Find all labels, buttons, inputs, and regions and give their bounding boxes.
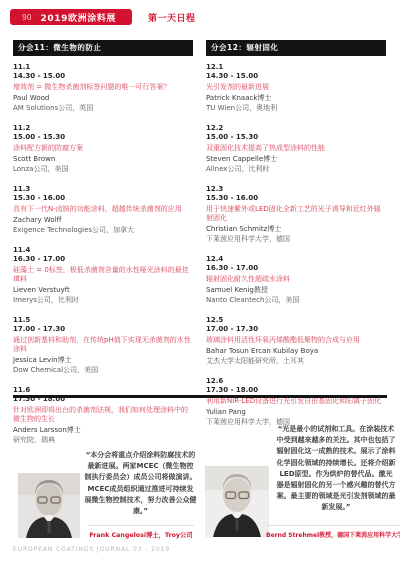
talk-entry: 11.315.30 - 16.00具有下一代N-卤胺的功能涂料，超越传统杀菌剂的… [13, 185, 193, 235]
talk-title: 辐射固化耐久性超疏水涂料 [206, 275, 386, 284]
talk-time: 17.30 - 18.00 [206, 386, 386, 395]
talk-affiliation: Exigence Technologies公司，加拿大 [13, 226, 193, 236]
talk-title: 玻璃涂料用活性环氧丙烯酸酯低聚物的合成与应用 [206, 336, 386, 345]
talk-number: 11.4 [13, 246, 193, 255]
talk-speaker: Bahar Tosun Ercan Kubilay Boya [206, 347, 386, 357]
talk-entry: 12.215.00 - 15.30双重固化技术提高了热成型涂料的性能Steven… [206, 124, 386, 174]
talk-affiliation: TU Wien公司，奥地利 [206, 104, 386, 114]
session-header: 分会12：辐射固化 [206, 40, 386, 56]
talk-speaker: Jessica Levin博士 [13, 356, 193, 366]
talk-time: 17.00 - 17.30 [13, 325, 193, 334]
session-columns: 分会11：微生物的防止 11.114.30 - 15.00增效剂 = 微生物杀菌… [13, 40, 387, 456]
talk-speaker: Christian Schmitz博士 [206, 225, 386, 235]
talk-title: 涂料配方新的防腐方案 [13, 144, 193, 153]
talk-affiliation: 研究院，瑞典 [13, 436, 193, 446]
journal-footer: EUROPEAN COATINGS JOURNAL 03 - 2019 [13, 546, 170, 553]
page-number: 90 [22, 13, 32, 22]
talk-entry: 12.114.30 - 15.00光引发剂的最新进展Patrick Knaack… [206, 63, 386, 113]
talk-title: 利用新NIR-LED设备进行光引发自由基固化和阳离子固化 [206, 397, 386, 406]
talk-number: 11.6 [13, 386, 193, 395]
quote-text-radiation-curing: “光是最小的试剂和工具。在涂装技术中受到越来越多的关注。其中也包括了辐射固化这一… [276, 424, 396, 514]
talk-affiliation: Lonza公司，美国 [13, 165, 193, 175]
talk-speaker: Scott Brown [13, 155, 193, 165]
talk-title: 用于快速紫外或LED固化全新工艺的光子诱导和近红外辐射固化 [206, 205, 386, 223]
talk-entry: 11.114.30 - 15.00增效剂 = 微生物杀菌剂标签问题的唯一可行答案… [13, 63, 193, 113]
talk-speaker: Paul Wood [13, 94, 193, 104]
talk-title: 具有下一代N-卤胺的功能涂料，超越传统杀菌剂的应用 [13, 205, 193, 214]
brand-title: 2019欧洲涂料展 [41, 11, 116, 24]
talk-number: 12.1 [206, 63, 386, 72]
talk-number: 12.2 [206, 124, 386, 133]
talk-entry: 11.215.00 - 15.30涂料配方新的防腐方案Scott BrownLo… [13, 124, 193, 174]
talk-affiliation: 艾杰大学太阳能研究所，土耳其 [206, 357, 386, 367]
talk-title: 增效剂 = 微生物杀菌剂标签问题的唯一可行答案？ [13, 83, 193, 92]
talk-number: 12.5 [206, 316, 386, 325]
talk-affiliation: Allnex公司，比利时 [206, 165, 386, 175]
talk-entry: 12.517.00 - 17.30玻璃涂料用活性环氧丙烯酸酯低聚物的合成与应用B… [206, 316, 386, 366]
talk-number: 11.3 [13, 185, 193, 194]
talk-affiliation: 下莱茵应用科学大学，德国 [206, 235, 386, 245]
talk-entry: 11.517.00 - 17.30通过创新基料和助剂，在传统pH值下实现无杀菌剂… [13, 316, 193, 375]
talk-affiliation: Nanto Cleantech公司，美国 [206, 296, 386, 306]
quote-caption-bernd-strehmel: Bernd Strehmel教授，德国下莱茵应用科学大学 [266, 525, 400, 539]
talk-time: 16.30 - 17.00 [206, 264, 386, 273]
talk-number: 12.3 [206, 185, 386, 194]
session-column-11: 分会11：微生物的防止 11.114.30 - 15.00增效剂 = 微生物杀菌… [13, 40, 193, 456]
section-divider [13, 395, 387, 398]
talk-list: 12.114.30 - 15.00光引发剂的最新进展Patrick Knaack… [206, 63, 386, 427]
talk-speaker: Patrick Knaack博士 [206, 94, 386, 104]
talk-affiliation: Dow Chemical公司，美国 [13, 366, 193, 376]
speaker-photo-frank-cangelosi [18, 473, 80, 538]
talk-title: 通过创新基料和助剂，在传统pH值下实现无杀菌剂的水性涂料 [13, 336, 193, 354]
talk-time: 15.30 - 16.00 [13, 194, 193, 203]
talk-list: 11.114.30 - 15.00增效剂 = 微生物杀菌剂标签问题的唯一可行答案… [13, 63, 193, 445]
talk-title: 光引发剂的最新进展 [206, 83, 386, 92]
talk-entry: 12.416.30 - 17.00辐射固化耐久性超疏水涂料Samuel Keni… [206, 255, 386, 305]
journal-page: 90 2019欧洲涂料展 第一天日程 分会11：微生物的防止 11.114.30… [0, 0, 400, 566]
portrait-illustration [18, 473, 80, 538]
talk-speaker: Anders Larsson博士 [13, 426, 193, 436]
talk-speaker: Steven Cappelle博士 [206, 155, 386, 165]
talk-time: 14.30 - 15.00 [206, 72, 386, 81]
page-header: 90 2019欧洲涂料展 第一天日程 [10, 9, 196, 25]
talk-title: 硅藻土 = 0标签，极低杀菌剂含量的水性哑光涂料的最佳填料 [13, 266, 193, 284]
session-header: 分会11：微生物的防止 [13, 40, 193, 56]
talk-number: 12.4 [206, 255, 386, 264]
session-column-12: 分会12：辐射固化 12.114.30 - 15.00光引发剂的最新进展Patr… [206, 40, 386, 456]
talk-title: 针对欧洲即将出台的杀菌剂法规，我们如何处理涂料中的微生物的生长 [13, 406, 193, 424]
talk-entry: 11.416.30 - 17.00硅藻土 = 0标签，极低杀菌剂含量的水性哑光涂… [13, 246, 193, 305]
talk-speaker: Yulian Pang [206, 408, 386, 418]
talk-number: 11.1 [13, 63, 193, 72]
talk-time: 15.00 - 15.30 [206, 133, 386, 142]
talk-time: 17.00 - 17.30 [206, 325, 386, 334]
talk-affiliation: Imerys公司，比利时 [13, 296, 193, 306]
portrait-illustration [205, 466, 269, 537]
brand-banner: 90 2019欧洲涂料展 [10, 9, 132, 25]
talk-number: 11.5 [13, 316, 193, 325]
talk-entry: 12.315.30 - 16.00用于快速紫外或LED固化全新工艺的光子诱导和近… [206, 185, 386, 244]
quote-text-microbial: “本分会将重点介绍涂料防腐技术的最新进展。两家MCEC（微生物控制执行委员会）成… [84, 450, 197, 517]
talk-time: 15.30 - 16.00 [206, 194, 386, 203]
talk-time: 16.30 - 17.00 [13, 255, 193, 264]
talk-speaker: Zachary Wolff [13, 216, 193, 226]
speaker-photo-bernd-strehmel [205, 466, 269, 537]
talk-title: 双重固化技术提高了热成型涂料的性能 [206, 144, 386, 153]
talk-speaker: Samuel Kenig教授 [206, 286, 386, 296]
quote-caption-frank-cangelosi: Frank Cangelosi博士，Troy公司 [88, 525, 194, 539]
day-title: 第一天日程 [148, 11, 196, 24]
talk-number: 11.2 [13, 124, 193, 133]
talk-speaker: Lieven Verstuyft [13, 286, 193, 296]
talk-entry: 12.617.30 - 18.00利用新NIR-LED设备进行光引发自由基固化和… [206, 377, 386, 427]
talk-time: 15.00 - 15.30 [13, 133, 193, 142]
talk-number: 12.6 [206, 377, 386, 386]
talk-affiliation: AM Solutions公司，英国 [13, 104, 193, 114]
talk-time: 14.30 - 15.00 [13, 72, 193, 81]
